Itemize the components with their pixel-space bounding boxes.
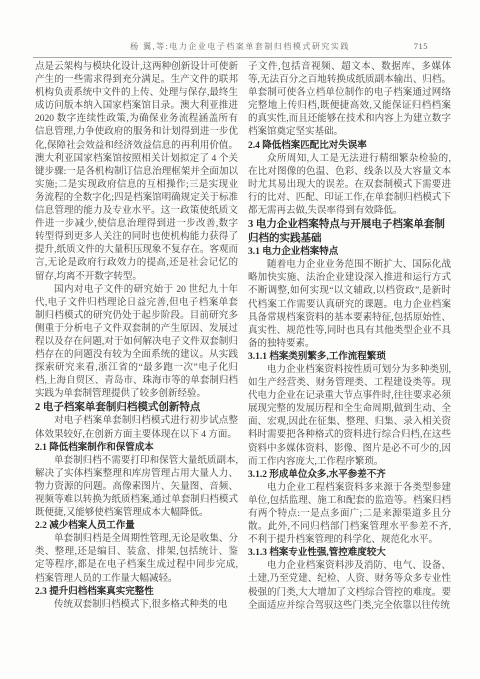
paragraph: 众所周知,人工是无法进行精细繁杂检验的,在比对图像的色温、色彩、线条以及大容量文… xyxy=(248,153,451,218)
header-rule xyxy=(33,57,452,58)
paragraph: 电力企业工程档案资料多来源于各类型参建单位,包括监理、施工和配套的监造等。档案归… xyxy=(248,482,451,547)
subsubsection-heading: 3.1.2 形成单位众多,水平参差不齐 xyxy=(248,469,451,482)
paragraph: 单套制归档是全周期性管理,无论是收集、分类、整理,还是编目、装盒、排架,包括统计… xyxy=(35,533,238,585)
paragraph: 随着电力企业业务范围不断扩大、国际化战略加快实施、法治企业建设深入推进和运行方式… xyxy=(248,259,451,351)
paragraph: 电力企业档案资料按性质可划分为多种类别,如生产经营类、财务管理类、工程建设类等。… xyxy=(248,364,451,469)
paragraph: 单套制归档不需要打印和保管大量纸质副本,解决了实体档案整理和库房管理占用大量人力… xyxy=(35,455,238,520)
right-column: 子文件,包括音视频、超文本、数据库、多媒体等,无法百分之百地转换成纸质副本输出、… xyxy=(248,61,451,613)
subsection-heading: 3.1 电力企业档案特点 xyxy=(248,246,451,259)
paragraph: 国内对电子文件的研究始于 20 世纪九十年代,电子文件归档理论日益完善,但电子档… xyxy=(35,284,238,402)
subsubsection-heading: 3.1.3 档案专业性强,管控难度较大 xyxy=(248,547,451,560)
page-number: 715 xyxy=(414,41,428,51)
paragraph: 电力企业档案资料涉及消防、电气、设备、土建,乃至党建、纪检、人资、财务等众多专业… xyxy=(248,560,451,612)
text-columns: 点是云架构与模块化设计,这两种创新设计可使新产生的一些需求得到充分满足。生产文件… xyxy=(35,61,451,613)
section-heading: 3 电力企业档案特点与开展电子档案单套制归档的实践基础 xyxy=(248,218,451,246)
subsection-heading: 2.2 减少档案人员工作量 xyxy=(35,520,238,533)
paragraph-continued: 点是云架构与模块化设计,这两种创新设计可使新产生的一些需求得到充分满足。生产文件… xyxy=(35,61,238,284)
running-title: 杨 翼,等:电力企业电子档案单套制归档模式研究实践 xyxy=(0,41,480,52)
subsection-heading: 2.3 提升归档档案真实完整性 xyxy=(35,586,238,599)
subsection-heading: 2.4 降低档案匹配比对失误率 xyxy=(248,140,451,153)
page-header: 杨 翼,等:电力企业电子档案单套制归档模式研究实践 715 xyxy=(0,41,480,53)
subsubsection-heading: 3.1.1 档案类别繁多,工作流程繁琐 xyxy=(248,351,451,364)
paragraph: 对电子档案单套制归档模式进行初步试点整体效果较好,在创新方面主要体现在以下 4 … xyxy=(35,415,238,441)
left-column: 点是云架构与模块化设计,这两种创新设计可使新产生的一些需求得到充分满足。生产文件… xyxy=(35,61,238,613)
paragraph: 传统双套制归档模式下,很多格式种类的电 xyxy=(35,599,238,612)
subsection-heading: 2.1 降低档案制作和保管成本 xyxy=(35,442,238,455)
section-heading: 2 电子档案单套制归档模式创新特点 xyxy=(35,401,238,415)
paragraph-continued: 子文件,包括音视频、超文本、数据库、多媒体等,无法百分之百地转换成纸质副本输出、… xyxy=(248,61,451,140)
journal-page: 杨 翼,等:电力企业电子档案单套制归档模式研究实践 715 点是云架构与模块化设… xyxy=(0,0,480,679)
